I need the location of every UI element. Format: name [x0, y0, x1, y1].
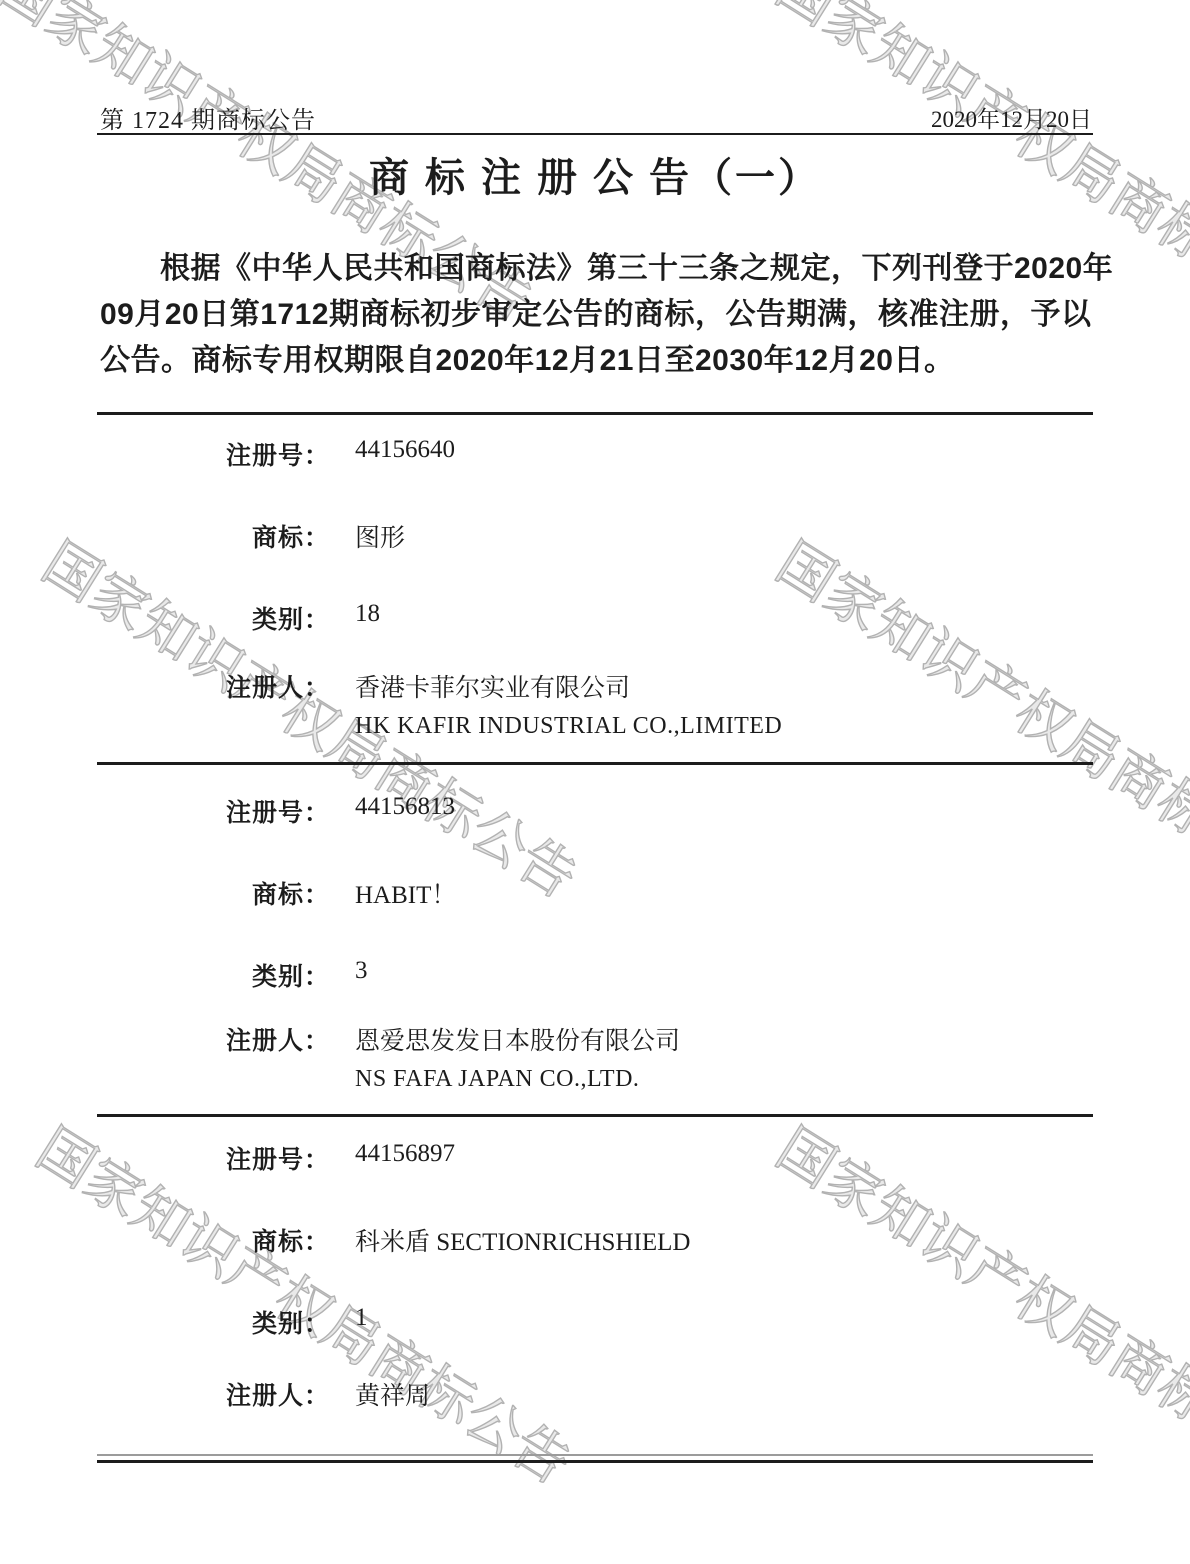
intro-line-2: 09月20日第1712期商标初步审定公告的商标，公告期满，核准注册，予以	[100, 292, 1092, 338]
entry3-category-row: 类别： 1	[100, 1304, 1092, 1340]
entry1-category-row: 类别： 18	[100, 600, 1092, 636]
category-label: 类别：	[100, 1304, 330, 1340]
reg-no-value: 44156640	[355, 436, 455, 464]
reg-no-label: 注册号：	[100, 436, 330, 472]
category-label: 类别：	[100, 957, 330, 993]
entry-divider	[97, 1114, 1093, 1117]
entry2-category-row: 类别： 3	[100, 957, 1092, 993]
entry1-mark-row: 商标： 图形	[100, 518, 1092, 554]
gazette-page: 国家知识产权局商标公告 国家知识产权局商标公告 国家知识产权局商标公告 国家知识…	[0, 0, 1190, 1564]
registrant-value: 黄祥周	[355, 1376, 430, 1421]
document-content: 第 1724 期商标公告 2020年12月20日 商 标 注 册 公 告（一） …	[0, 0, 1190, 1564]
mark-value: HABIT！	[355, 875, 456, 911]
intro-line-1: 根据《中华人民共和国商标法》第三十三条之规定，下列刊登于2020年	[100, 246, 1092, 292]
registrant-value: 香港卡菲尔实业有限公司 HK KAFIR INDUSTRIAL CO.,LIMI…	[355, 668, 782, 740]
registrant-label: 注册人：	[100, 1376, 330, 1412]
entry3-mark-row: 商标： 科米盾 SECTIONRICHSHIELD	[100, 1222, 1092, 1258]
page-title: 商 标 注 册 公 告（一）	[0, 146, 1190, 203]
registrant-value: 恩爱思发发日本股份有限公司 NS FAFA JAPAN CO.,LTD.	[355, 1021, 680, 1093]
header-rule	[97, 133, 1093, 135]
registrant-name-en: HK KAFIR INDUSTRIAL CO.,LIMITED	[355, 713, 782, 740]
entry1-registrant-row: 注册人： 香港卡菲尔实业有限公司 HK KAFIR INDUSTRIAL CO.…	[100, 668, 1092, 740]
category-value: 3	[355, 957, 368, 985]
registrant-name-cn: 恩爱思发发日本股份有限公司	[355, 1021, 680, 1057]
category-value: 1	[355, 1304, 368, 1332]
reg-no-value: 44156813	[355, 793, 455, 821]
registrant-label: 注册人：	[100, 668, 330, 704]
gazette-issue-label: 第 1724 期商标公告	[100, 100, 316, 135]
registrant-label: 注册人：	[100, 1021, 330, 1057]
entry2-mark-row: 商标： HABIT！	[100, 875, 1092, 911]
entry3-registrant-row: 注册人： 黄祥周	[100, 1376, 1092, 1421]
mark-value: 科米盾 SECTIONRICHSHIELD	[355, 1222, 690, 1258]
entry3-reg-no-row: 注册号： 44156897	[100, 1140, 1092, 1176]
reg-no-label: 注册号：	[100, 793, 330, 829]
intro-line-3: 公告。商标专用权期限自2020年12月21日至2030年12月20日。	[100, 338, 1092, 384]
registrant-name-en: NS FAFA JAPAN CO.,LTD.	[355, 1066, 680, 1093]
page-end-rule	[97, 1454, 1093, 1463]
registrant-name-cn: 香港卡菲尔实业有限公司	[355, 668, 782, 704]
entry-divider	[97, 762, 1093, 765]
mark-label: 商标：	[100, 875, 330, 911]
mark-label: 商标：	[100, 1222, 330, 1258]
entry-divider	[97, 412, 1093, 415]
category-label: 类别：	[100, 600, 330, 636]
intro-paragraph: 根据《中华人民共和国商标法》第三十三条之规定，下列刊登于2020年 09月20日…	[100, 246, 1092, 384]
entry2-registrant-row: 注册人： 恩爱思发发日本股份有限公司 NS FAFA JAPAN CO.,LTD…	[100, 1021, 1092, 1093]
reg-no-value: 44156897	[355, 1140, 455, 1168]
entry2-reg-no-row: 注册号： 44156813	[100, 793, 1092, 829]
entry1-reg-no-row: 注册号： 44156640	[100, 436, 1092, 472]
registrant-name-cn: 黄祥周	[355, 1376, 430, 1412]
mark-value: 图形	[355, 518, 405, 554]
reg-no-label: 注册号：	[100, 1140, 330, 1176]
gazette-date: 2020年12月20日	[931, 101, 1092, 134]
mark-label: 商标：	[100, 518, 330, 554]
category-value: 18	[355, 600, 380, 628]
